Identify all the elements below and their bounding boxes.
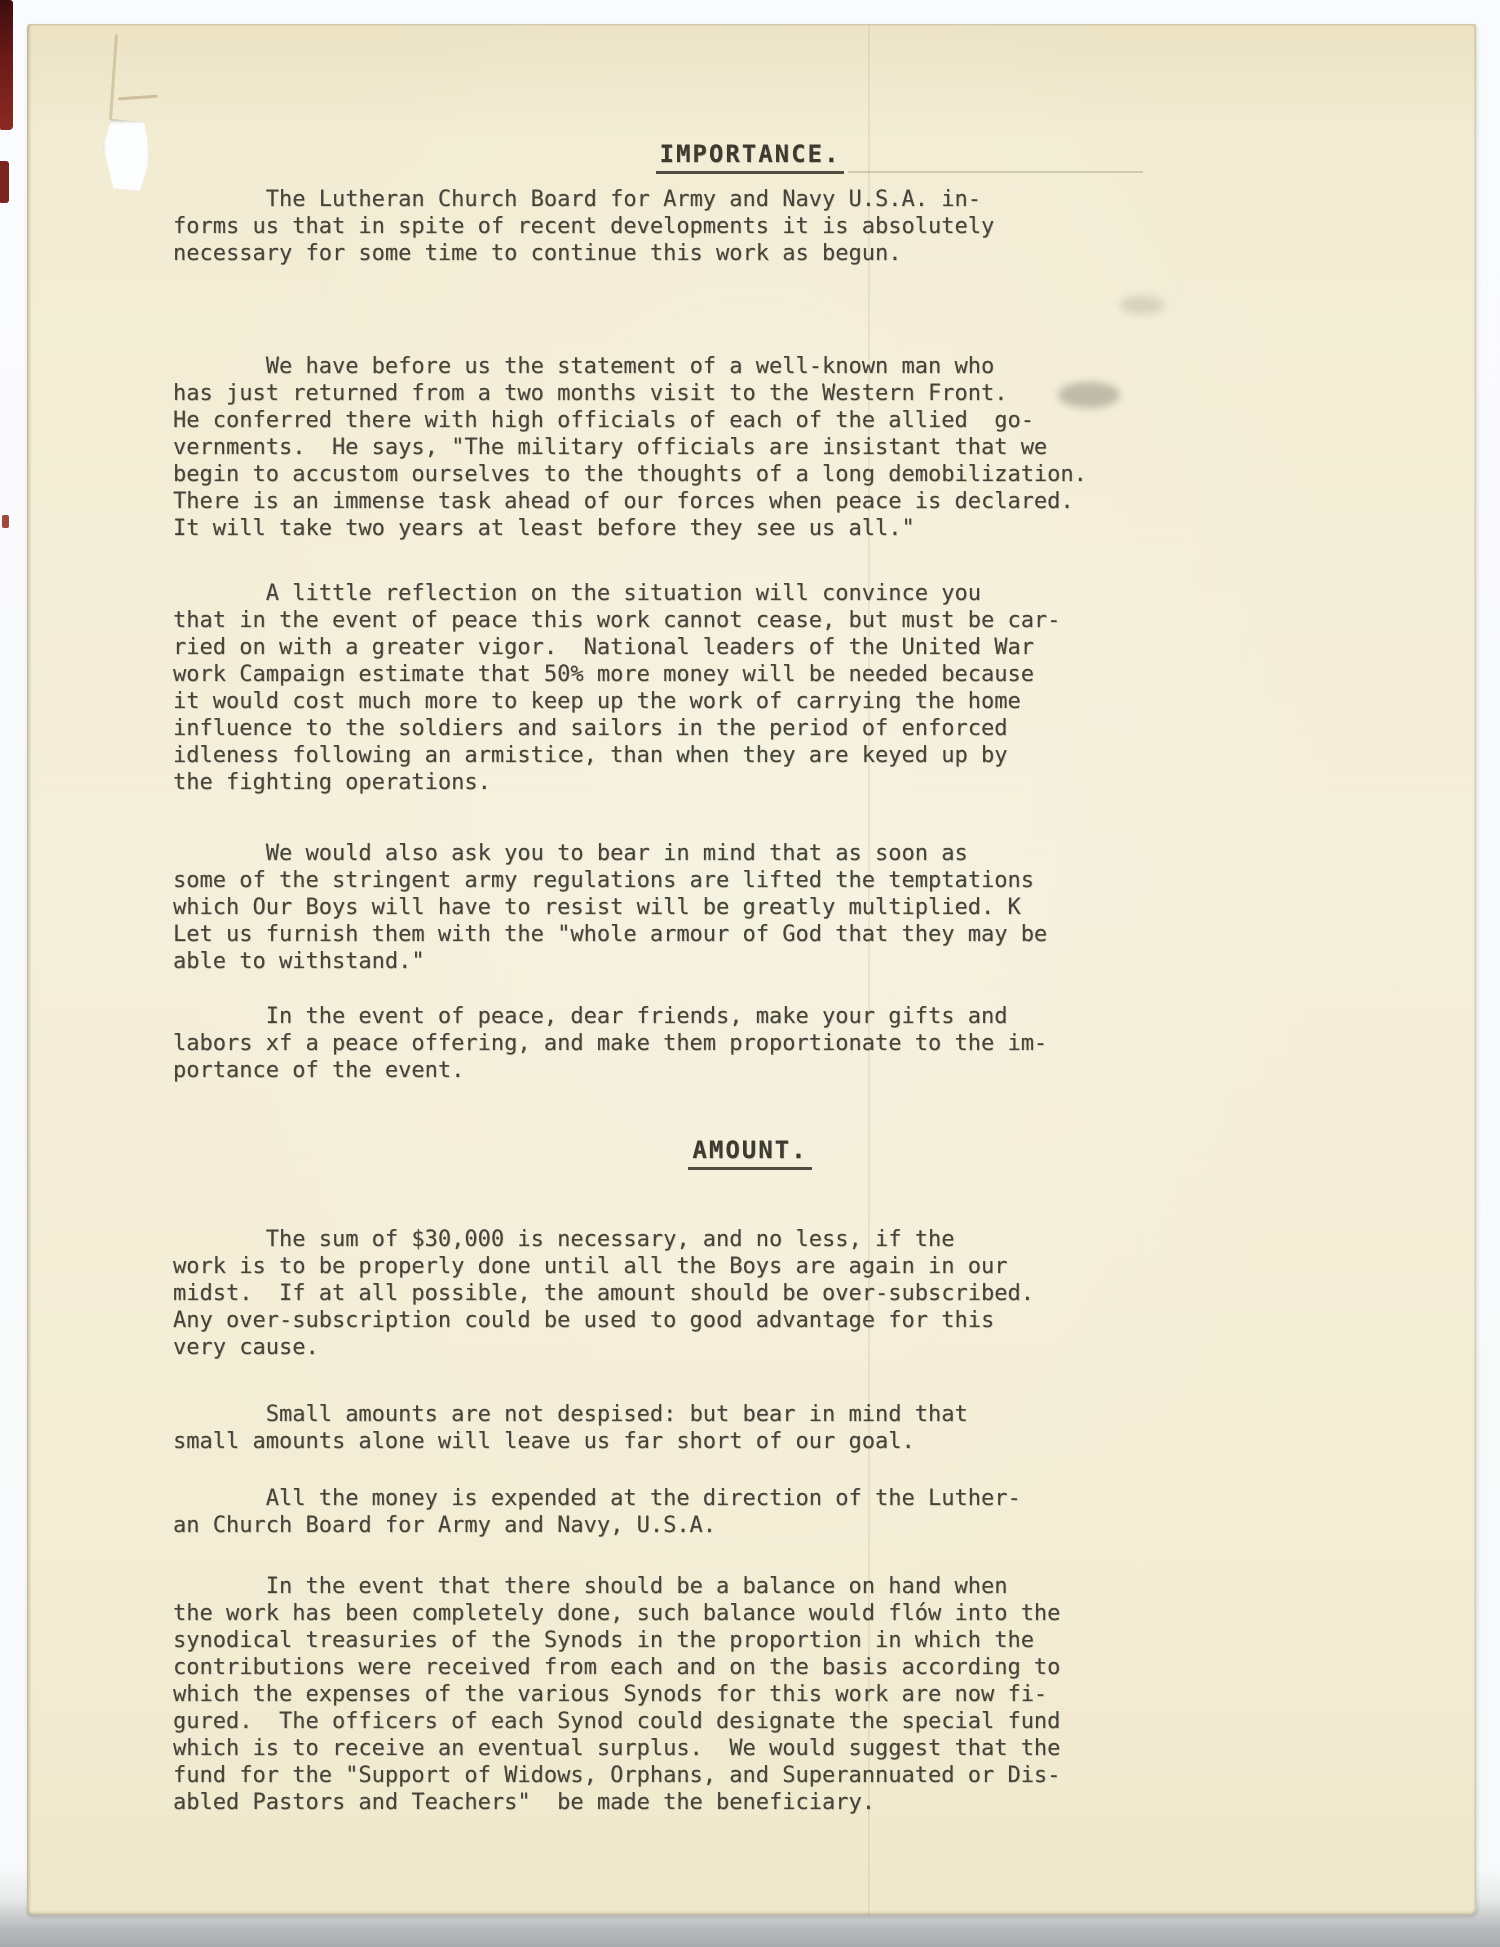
paragraph-small-amounts: Small amounts are not despised: but bear…: [173, 1401, 1358, 1455]
paragraph-lutheran-board-informs: The Lutheran Church Board for Army and N…: [173, 186, 1358, 267]
scanned-document-screenshot: IMPORTANCE. The Lutheran Church Board fo…: [0, 0, 1500, 1947]
section-heading-importance: IMPORTANCE.: [0, 140, 1500, 174]
ink-smudge: [1120, 296, 1164, 314]
paragraph-sum-of-30000: The sum of $30,000 is necessary, and no …: [173, 1226, 1358, 1361]
section-heading-importance-text: IMPORTANCE.: [656, 140, 845, 174]
red-edge-mark: [0, 0, 13, 130]
paragraph-army-regulations-temptations: We would also ask you to bear in mind th…: [173, 840, 1358, 975]
paragraph-peace-offering: In the event of peace, dear friends, mak…: [173, 1003, 1358, 1084]
paragraph-reflection-on-situation: A little reflection on the situation wil…: [173, 580, 1358, 796]
red-edge-speck: [2, 515, 9, 528]
paragraph-balance-on-hand: In the event that there should be a bala…: [173, 1573, 1358, 1816]
section-heading-amount-text: AMOUNT.: [688, 1136, 811, 1170]
section-heading-amount: AMOUNT.: [0, 1136, 1500, 1170]
paragraph-money-expended-direction: All the money is expended at the directi…: [173, 1485, 1358, 1539]
paragraph-well-known-man-statement: We have before us the statement of a wel…: [173, 353, 1358, 542]
